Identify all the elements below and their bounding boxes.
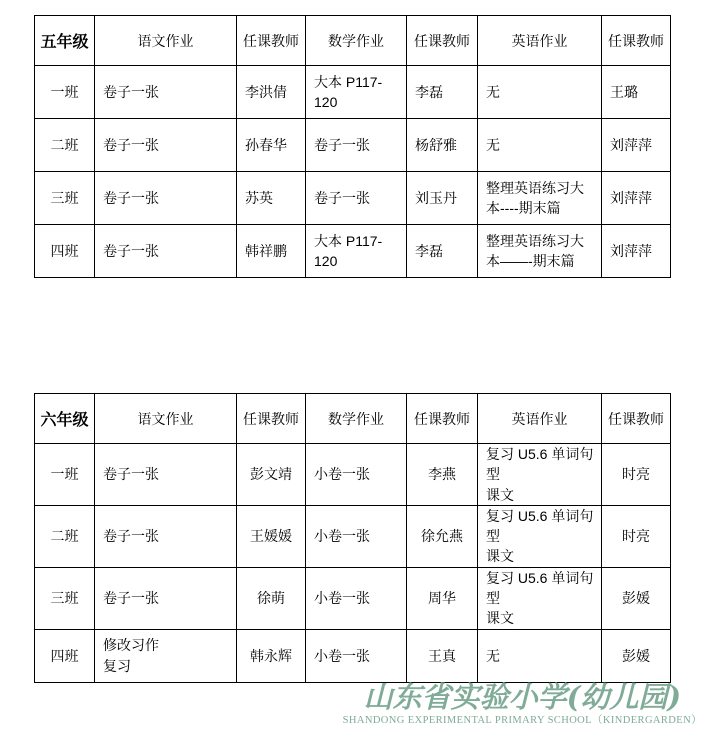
chinese-teacher-cell: 孙春华 — [237, 119, 306, 172]
math-teacher-cell: 刘玉丹 — [407, 172, 478, 225]
english-homework-cell: 复习 U5.6 单词句型 课文 — [478, 567, 602, 629]
table-row: 一班卷子一张彭文靖小卷一张李燕复习 U5.6 单词句型 课文时亮 — [35, 444, 671, 506]
header-chinese-teacher: 任课教师 — [237, 394, 306, 444]
math-teacher-cell: 周华 — [407, 567, 478, 629]
header-chinese-homework: 语文作业 — [95, 16, 237, 66]
chinese-teacher-cell: 苏英 — [237, 172, 306, 225]
table-row: 四班卷子一张韩祥鹏大本 P117-120李磊整理英语练习大 本——-期末篇刘萍萍 — [35, 225, 671, 278]
math-homework-cell: 小卷一张 — [306, 444, 407, 506]
table-header-row: 六年级 语文作业 任课教师 数学作业 任课教师 英语作业 任课教师 — [35, 394, 671, 444]
class-cell: 一班 — [35, 66, 95, 119]
math-homework-cell: 小卷一张 — [306, 567, 407, 629]
homework-notice-page: 五年级 语文作业 任课教师 数学作业 任课教师 英语作业 任课教师 一班卷子一张… — [0, 0, 709, 748]
english-homework-cell: 无 — [478, 119, 602, 172]
chinese-homework-cell: 卷子一张 — [95, 225, 237, 278]
chinese-homework-cell: 卷子一张 — [95, 567, 237, 629]
class-cell: 四班 — [35, 629, 95, 682]
math-homework-cell: 大本 P117-120 — [306, 225, 407, 278]
english-teacher-cell: 彭媛 — [602, 567, 671, 629]
english-teacher-cell: 彭媛 — [602, 629, 671, 682]
table-row: 一班卷子一张李洪倩大本 P117-120李磊无王璐 — [35, 66, 671, 119]
chinese-homework-cell: 修改习作 复习 — [95, 629, 237, 682]
english-teacher-cell: 时亮 — [602, 505, 671, 567]
math-teacher-cell: 王真 — [407, 629, 478, 682]
english-teacher-cell: 刘萍萍 — [602, 225, 671, 278]
header-math-homework: 数学作业 — [306, 16, 407, 66]
math-teacher-cell: 杨舒雅 — [407, 119, 478, 172]
english-homework-cell: 无 — [478, 629, 602, 682]
math-homework-cell: 小卷一张 — [306, 505, 407, 567]
table-header-row: 五年级 语文作业 任课教师 数学作业 任课教师 英语作业 任课教师 — [35, 16, 671, 66]
math-homework-cell: 卷子一张 — [306, 172, 407, 225]
header-english-homework: 英语作业 — [478, 394, 602, 444]
header-chinese-teacher: 任课教师 — [237, 16, 306, 66]
math-teacher-cell: 李磊 — [407, 66, 478, 119]
table-row: 四班修改习作 复习韩永辉小卷一张王真无彭媛 — [35, 629, 671, 682]
chinese-homework-cell: 卷子一张 — [95, 119, 237, 172]
grade5-homework-table: 五年级 语文作业 任课教师 数学作业 任课教师 英语作业 任课教师 一班卷子一张… — [34, 15, 671, 278]
chinese-teacher-cell: 彭文靖 — [237, 444, 306, 506]
chinese-teacher-cell: 李洪倩 — [237, 66, 306, 119]
english-teacher-cell: 时亮 — [602, 444, 671, 506]
english-teacher-cell: 王璐 — [602, 66, 671, 119]
chinese-homework-cell: 卷子一张 — [95, 172, 237, 225]
chinese-homework-cell: 卷子一张 — [95, 444, 237, 506]
header-math-teacher: 任课教师 — [407, 394, 478, 444]
school-name-english: SHANDONG EXPERIMENTAL PRIMARY SCHOOL（KIN… — [343, 716, 702, 727]
header-math-teacher: 任课教师 — [407, 16, 478, 66]
class-cell: 一班 — [35, 444, 95, 506]
header-english-teacher: 任课教师 — [602, 394, 671, 444]
chinese-teacher-cell: 韩祥鹏 — [237, 225, 306, 278]
table-row: 三班卷子一张徐萌小卷一张周华复习 U5.6 单词句型 课文彭媛 — [35, 567, 671, 629]
header-math-homework: 数学作业 — [306, 394, 407, 444]
grade-label: 六年级 — [35, 394, 95, 444]
english-homework-cell: 无 — [478, 66, 602, 119]
math-teacher-cell: 徐允燕 — [407, 505, 478, 567]
english-homework-cell: 整理英语练习大 本----期末篇 — [478, 172, 602, 225]
math-teacher-cell: 李燕 — [407, 444, 478, 506]
chinese-homework-cell: 卷子一张 — [95, 66, 237, 119]
english-homework-cell: 复习 U5.6 单词句型 课文 — [478, 444, 602, 506]
header-english-homework: 英语作业 — [478, 16, 602, 66]
chinese-teacher-cell: 徐萌 — [237, 567, 306, 629]
math-teacher-cell: 李磊 — [407, 225, 478, 278]
class-cell: 四班 — [35, 225, 95, 278]
chinese-teacher-cell: 韩永辉 — [237, 629, 306, 682]
math-homework-cell: 卷子一张 — [306, 119, 407, 172]
english-homework-cell: 整理英语练习大 本——-期末篇 — [478, 225, 602, 278]
math-homework-cell: 小卷一张 — [306, 629, 407, 682]
school-name-chinese: 山东省实验小学(幼儿园) — [343, 683, 702, 712]
school-logo: 山东省实验小学(幼儿园) SHANDONG EXPERIMENTAL PRIMA… — [343, 683, 702, 727]
table-row: 三班卷子一张苏英卷子一张刘玉丹整理英语练习大 本----期末篇刘萍萍 — [35, 172, 671, 225]
chinese-homework-cell: 卷子一张 — [95, 505, 237, 567]
grade-label: 五年级 — [35, 16, 95, 66]
class-cell: 三班 — [35, 172, 95, 225]
english-teacher-cell: 刘萍萍 — [602, 119, 671, 172]
header-english-teacher: 任课教师 — [602, 16, 671, 66]
chinese-teacher-cell: 王媛媛 — [237, 505, 306, 567]
table-row: 二班卷子一张王媛媛小卷一张徐允燕复习 U5.6 单词句型 课文时亮 — [35, 505, 671, 567]
english-homework-cell: 复习 U5.6 单词句型 课文 — [478, 505, 602, 567]
header-chinese-homework: 语文作业 — [95, 394, 237, 444]
english-teacher-cell: 刘萍萍 — [602, 172, 671, 225]
class-cell: 三班 — [35, 567, 95, 629]
class-cell: 二班 — [35, 505, 95, 567]
grade6-homework-table: 六年级 语文作业 任课教师 数学作业 任课教师 英语作业 任课教师 一班卷子一张… — [34, 393, 671, 683]
math-homework-cell: 大本 P117-120 — [306, 66, 407, 119]
table-row: 二班卷子一张孙春华卷子一张杨舒雅无刘萍萍 — [35, 119, 671, 172]
class-cell: 二班 — [35, 119, 95, 172]
